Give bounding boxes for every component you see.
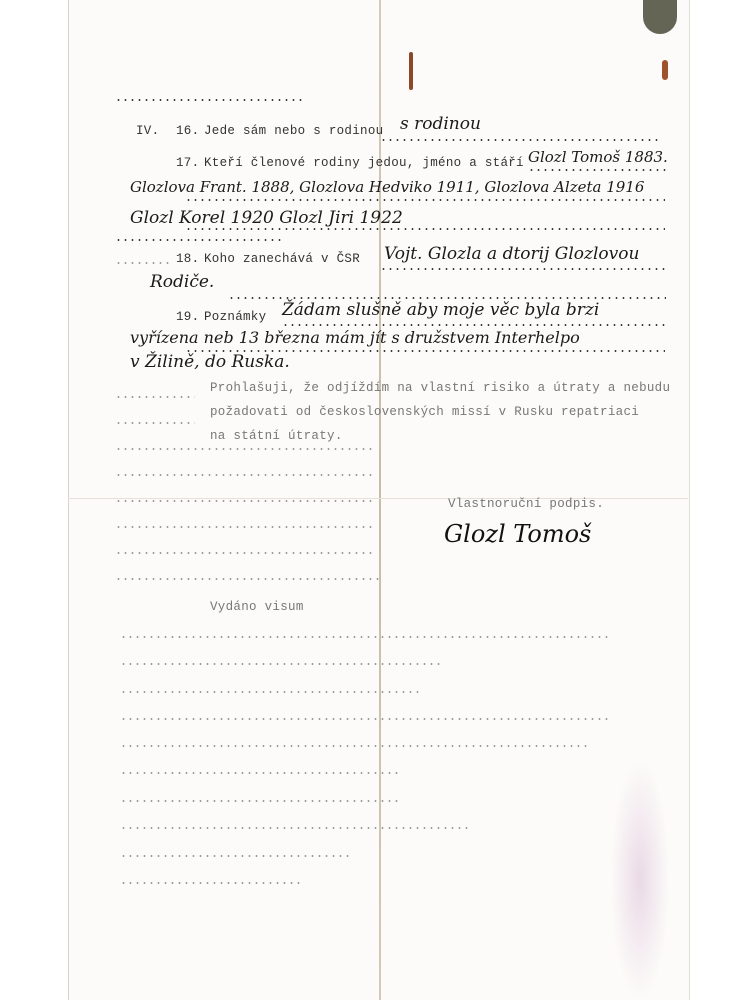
dotted-line: [120, 636, 610, 638]
item-16-answer: s rodinou: [400, 114, 481, 134]
item-17-number: 17.: [176, 156, 199, 170]
item-19-number: 19.: [176, 310, 199, 324]
dotted-line: [115, 578, 380, 580]
dotted-line: [115, 396, 195, 398]
dotted-line: [115, 448, 375, 450]
dotted-line: [282, 324, 666, 326]
dotted-line: [120, 882, 300, 884]
dotted-line: [115, 262, 170, 264]
dotted-line: [120, 663, 440, 665]
item-18-answer-line-1: Vojt. Glozla a dtorij Glozlovou: [384, 244, 639, 264]
item-16-label: Jede sám nebo s rodinou: [204, 124, 383, 138]
item-19-answer-line-2: vyřízena neb 13 března mám jít s družstv…: [130, 328, 580, 347]
item-18-answer-line-2: Rodiče.: [150, 272, 214, 292]
dotted-line: [115, 552, 375, 554]
dotted-line: [528, 169, 668, 171]
dotted-line: [120, 800, 400, 802]
declaration-line-1: Prohlašuji, že odjíždím na vlastní risik…: [210, 381, 670, 395]
dotted-line: [120, 772, 400, 774]
item-17-answer-line-3: Glozl Korel 1920 Glozl Jiri 1922: [130, 208, 403, 228]
rust-mark: [662, 60, 668, 80]
item-18-number: 18.: [176, 252, 199, 266]
item-19-answer-line-1: Žádam slušně aby moje věc byla brzi: [282, 300, 599, 320]
dotted-line: [115, 422, 195, 424]
dotted-line: [380, 139, 660, 141]
dotted-line: [380, 268, 665, 270]
rust-mark: [409, 52, 413, 90]
dotted-line: [185, 199, 665, 201]
item-19-answer-line-3: v Žilině, do Ruska.: [130, 352, 290, 372]
declaration-line-2: požadovati od československých missí v R…: [210, 405, 639, 419]
item-17-label: Kteří členové rodiny jedou, jméno a stář…: [204, 156, 524, 170]
dotted-line: [115, 474, 375, 476]
dotted-line: [228, 297, 666, 299]
dotted-line: [185, 228, 665, 230]
signature: Glozl Tomoš: [444, 520, 591, 548]
declaration-line-3: na státní útraty.: [210, 429, 343, 443]
dotted-line: [120, 745, 590, 747]
section-number: IV.: [136, 124, 159, 138]
dotted-line: [120, 718, 610, 720]
signature-label: Vlastnoruční podpis.: [448, 497, 604, 511]
vertical-fold-crease: [379, 0, 381, 1000]
item-19-label: Poznámky: [204, 310, 266, 324]
dotted-line: [115, 526, 375, 528]
item-17-answer-line-2: Glozlova Frant. 1888, Glozlova Hedviko 1…: [130, 178, 644, 196]
dotted-line: [115, 500, 375, 502]
dotted-line: [120, 855, 350, 857]
dotted-line: [120, 827, 470, 829]
dotted-line: [115, 239, 285, 241]
dotted-line: [115, 99, 305, 101]
item-16-number: 16.: [176, 124, 199, 138]
dotted-line: [120, 691, 420, 693]
item-18-label: Koho zanechává v ČSR: [204, 252, 360, 266]
item-17-answer-line-1: Glozl Tomoš 1883.: [528, 148, 668, 166]
visa-label: Vydáno visum: [210, 600, 304, 614]
paper-clip: [643, 0, 677, 34]
paper-stain: [610, 760, 670, 1000]
